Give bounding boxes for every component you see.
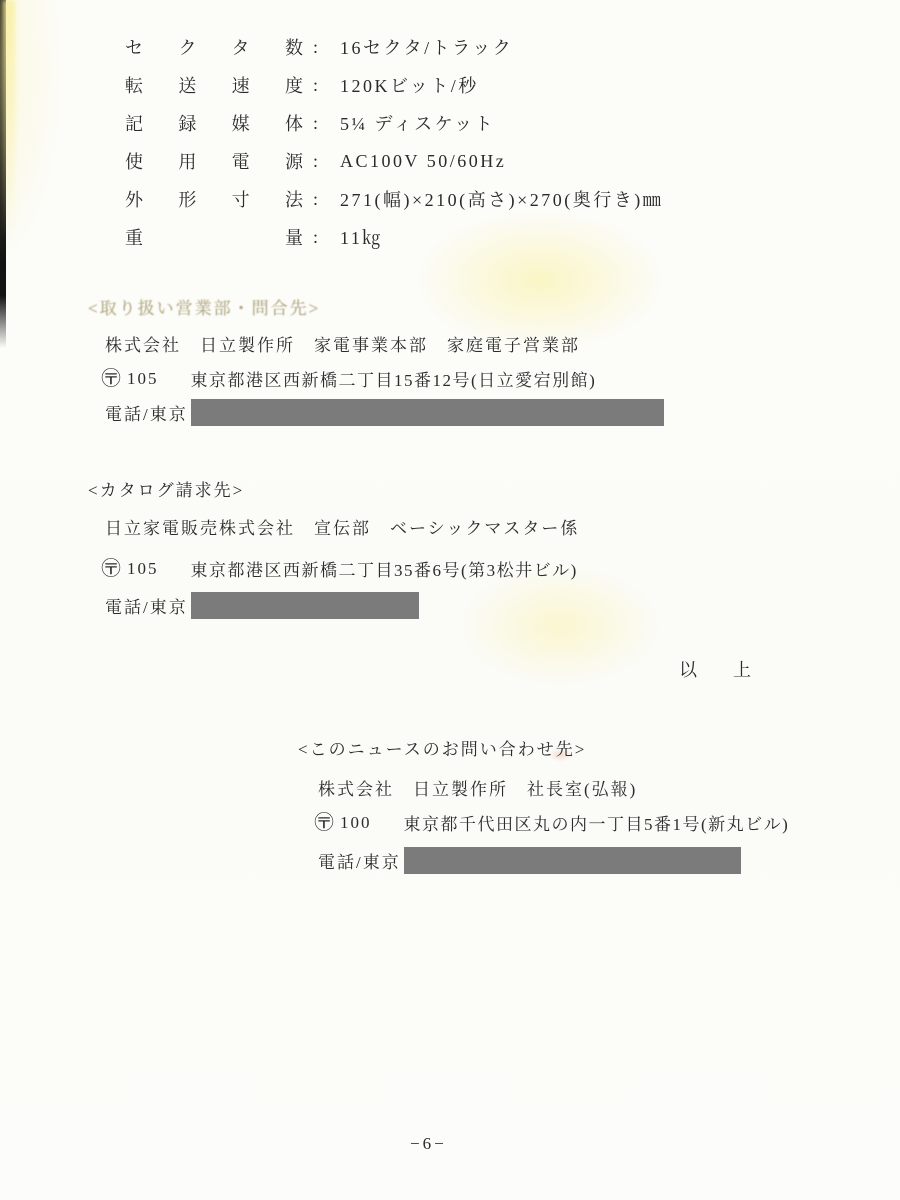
spec-row-media: 記録媒体 : 5¼ ディスケット	[125, 104, 663, 142]
scan-edge-glow	[3, 0, 15, 240]
spec-colon: :	[313, 151, 318, 172]
spec-colon: :	[313, 113, 318, 134]
phone-label: 電話/東京	[105, 400, 188, 425]
closing-mark: 以 上	[679, 656, 751, 682]
phone-line: 電話/東京	[105, 399, 664, 426]
spec-colon: :	[313, 75, 318, 96]
spec-label: 使用電源	[125, 148, 303, 174]
phone-label: 電話/東京	[105, 593, 188, 618]
spec-row-weight: 重量 : 11㎏	[125, 218, 663, 256]
spec-colon: :	[313, 37, 318, 58]
spec-colon: :	[313, 227, 318, 248]
postal-code: 105	[127, 559, 159, 579]
redacted-phone-number	[191, 592, 419, 619]
redacted-phone-number	[191, 399, 664, 426]
company-line: 株式会社 日立製作所 社長室(弘報)	[318, 775, 637, 800]
phone-label: 電話/東京	[318, 848, 401, 873]
postal-code: 105	[127, 369, 159, 389]
spec-label: セクタ数	[125, 34, 303, 60]
section-heading-news-inquiry: <このニュースのお問い合わせ先>	[298, 735, 586, 760]
spec-value: 271(幅)×210(高さ)×270(奥行き)㎜	[340, 186, 663, 212]
spec-label: 記録媒体	[125, 110, 303, 136]
spec-row-transfer-rate: 転送速度 : 120Kビット/秒	[125, 66, 663, 104]
spec-row-dimensions: 外形寸法 : 271(幅)×210(高さ)×270(奥行き)㎜	[125, 180, 663, 218]
address-text: 東京都千代田区丸の内一丁目5番1号(新丸ビル)	[404, 810, 790, 835]
postal-mark-icon: 〶	[101, 559, 121, 579]
spec-value: 120Kビット/秒	[340, 72, 479, 98]
page-number: −6−	[410, 1134, 447, 1154]
spec-colon: :	[313, 189, 318, 210]
address-line: 〶 100 東京都千代田区丸の内一丁目5番1号(新丸ビル)	[314, 810, 789, 835]
paper-stain	[460, 565, 660, 685]
section-heading-catalog-request: <カタログ請求先>	[88, 476, 244, 501]
phone-line: 電話/東京	[318, 847, 741, 874]
phone-line: 電話/東京	[105, 592, 419, 619]
address-line: 〶 105 東京都港区西新橋二丁目15番12号(日立愛宕別館)	[101, 366, 596, 391]
address-line: 〶 105 東京都港区西新橋二丁目35番6号(第3松井ビル)	[101, 556, 578, 581]
spec-value: 5¼ ディスケット	[340, 110, 495, 136]
company-line: 株式会社 日立製作所 家電事業本部 家庭電子営業部	[105, 331, 580, 356]
spec-label: 重量	[125, 224, 303, 250]
redacted-phone-number	[404, 847, 741, 874]
scanned-press-release-page: セクタ数 : 16セクタ/トラック 転送速度 : 120Kビット/秒 記録媒体 …	[0, 0, 900, 1200]
postal-mark-icon: 〶	[101, 369, 121, 389]
address-text: 東京都港区西新橋二丁目35番6号(第3松井ビル)	[191, 556, 578, 581]
spec-value: 11㎏	[340, 224, 383, 250]
address-text: 東京都港区西新橋二丁目15番12号(日立愛宕別館)	[191, 366, 597, 391]
postal-mark-icon: 〶	[314, 813, 334, 833]
spec-label: 外形寸法	[125, 186, 303, 212]
spec-list: セクタ数 : 16セクタ/トラック 転送速度 : 120Kビット/秒 記録媒体 …	[125, 28, 663, 256]
section-heading-sales-contact: <取り扱い営業部・問合先>	[88, 294, 320, 319]
postal-code: 100	[340, 813, 372, 833]
spec-value: AC100V 50/60Hz	[340, 151, 506, 172]
spec-label: 転送速度	[125, 72, 303, 98]
spec-row-sectors: セクタ数 : 16セクタ/トラック	[125, 28, 663, 66]
spec-value: 16セクタ/トラック	[340, 34, 513, 60]
company-line: 日立家電販売株式会社 宣伝部 ベーシックマスター係	[105, 514, 579, 539]
spec-row-power: 使用電源 : AC100V 50/60Hz	[125, 142, 663, 180]
